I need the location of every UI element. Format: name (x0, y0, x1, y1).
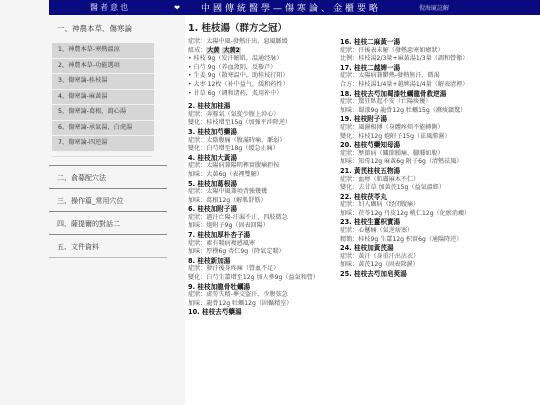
sidebar-sub-item[interactable]: 3、傷寒論-桂枝湯 (52, 74, 154, 90)
formula-detail: 症狀：汗後表未解（發熱惡寒如瘧狀） (340, 47, 480, 56)
formula-title: 9. 桂枝加龍骨牡蠣湯 (188, 283, 334, 292)
formula-detail: 變化：桂枝增至15g（加強平沖降逆） (188, 119, 334, 128)
formula-title: 19. 桂枝附子湯 (340, 115, 480, 124)
formula-detail: 症狀：妇人癥病（经闭腹痛） (340, 201, 480, 210)
formula-detail: 症狀：驚狂臥起不安（亡陽痰擾） (340, 98, 480, 107)
highlight-tag: 大黄 (206, 47, 220, 54)
formula-detail: 症狀：虛勞失精-夢交盜汗、少腹弦急 (188, 291, 334, 300)
formula-title: 23. 桂枝生薑枳實湯 (340, 218, 480, 227)
formula-title: 18. 桂枝去芍加蜀漆牡蠣龍骨救逆湯 (340, 90, 480, 99)
formula-title: 3. 桂枝加芍藥湯 (188, 128, 334, 137)
content-panel: 1. 桂枝湯（群方之冠） 症狀：太陽中風-發熱汗出、惡風脈緩 組成：大黄 大黄2… (185, 15, 540, 405)
formula-detail: 症狀：心懸痛（氣逆痞塞） (340, 227, 480, 236)
formula-detail: 症狀：發汗後身疼痛（營血不足） (188, 265, 334, 274)
sidebar-section-4[interactable]: 四、薩提爾的對話二 (49, 211, 167, 234)
sidebar-sub-item[interactable]: 7、傷寒論-四逆湯 (52, 136, 154, 152)
heart-icon: ❤ (171, 4, 183, 12)
formula-detail: 症狀：太陽中風兼項背強幾幾 (188, 188, 334, 197)
formula-detail: 精簡：桂枝9g 生薑12g 枳實6g（通陽降逆） (340, 236, 480, 245)
formula-detail: 症狀：血痹（肌膚麻木不仁） (340, 176, 480, 185)
formula-title: 2. 桂枝加桂湯 (188, 102, 334, 111)
sidebar-nav: 一、神農本草、傷寒論 1、神農本草-寒熱溫涼 2、神農本草-功能選項 3、傷寒論… (49, 15, 169, 258)
formula-title: 21. 黃芪桂枝五物湯 (340, 167, 480, 176)
formula-title: 16. 桂枝二麻黃一湯 (340, 38, 480, 47)
formula-title: 25. 桂枝去芍加皂莢湯 (340, 270, 480, 279)
content-column-right: 16. 桂枝二麻黃一湯症狀：汗後表未解（發熱惡寒如瘧狀）比例：桂枝湯2/3量+麻… (334, 38, 480, 317)
formula-title: 24. 桂枝加黃芪湯 (340, 244, 480, 253)
sidebar-section-5[interactable]: 五、文件資料 (49, 234, 167, 258)
sidebar-sub-item[interactable]: 1、神農本草-寒熱溫涼 (52, 43, 154, 59)
formula-detail: 加味：黃芪12g（固表除濕） (340, 261, 480, 270)
sidebar-sub-item[interactable]: 4、傷寒論-麻黃湯 (52, 90, 154, 106)
formula-detail: 合方：桂枝湯1/4量+越婢湯1/4量（解表清裡） (340, 81, 480, 90)
top-banner: 醫者意也 ❤ 中國傳統醫學—傷寒論、金櫃要略 倪海廈註解 (49, 0, 540, 15)
ingredient-item: • 桂枝 9g（发汗解肌，温通经脉） (188, 55, 334, 64)
highlight-tag: 大黄2 (222, 47, 240, 54)
formula-detail: 加味：葛根12g（解肌舒筋） (188, 197, 334, 206)
formula-detail: 加味：厚樸6g 杏仁9g（降氣定喘） (188, 248, 334, 257)
formula-detail: 加味：大黃6g（表裡雙解） (188, 171, 334, 180)
sidebar-sub-item[interactable]: 6、傷寒論-承氣湯、白虎湯 (52, 121, 154, 137)
formula-title: 5. 桂枝加葛根湯 (188, 180, 334, 189)
site-title: 中國傳統醫學—傷寒論、金櫃要略 (201, 1, 381, 14)
annotation-link[interactable]: 倪海廈註解 (419, 3, 449, 12)
composition-line: 組成：大黄 大黄2 (188, 47, 334, 56)
formula-title: 10. 桂枝去芍藥湯 (188, 308, 334, 317)
sidebar-sub-item[interactable]: 5、傷寒論-葛根、瀉心湯 (52, 105, 154, 121)
formula-detail: 比例：桂枝湯2/3量+麻黃湯1/3量（調和營衛） (340, 55, 480, 64)
formula-detail: 症狀：太陽病兼鬱熱-發熱無汗、微渴 (340, 72, 480, 81)
sidebar-section-1[interactable]: 一、神農本草、傷寒論 (49, 15, 169, 43)
formula-detail: 加味：知母12g 麻黃6g 附子6g（清熱祛風） (340, 158, 480, 167)
formula-detail: 症狀：太陽病兼陽明裡實腹痛拒按 (188, 162, 334, 171)
formula-detail: 症狀：素有喘病複感風寒 (188, 240, 334, 249)
formula-detail: 變化：白芍增至18g（緩急止痛） (188, 145, 334, 154)
ingredient-item: • 生姜 9g（散寒温中，助桂枝行阳） (188, 72, 334, 81)
formula-detail: 變化：桂枝12g 炮附子15g（祛風勝濕） (340, 133, 480, 142)
formula-detail: 變化：去甘草 加黃芪15g（益氣溫經） (340, 184, 480, 193)
formula-detail: 症狀：風濕相搏（身體疼煩不能轉側） (340, 124, 480, 133)
formula-detail: 症狀：太陰腹痛（腹滿時痛、脈弱） (188, 137, 334, 146)
symptom-line: 症狀：太陽中風-發熱汗出、惡風脈緩 (188, 38, 334, 47)
formula-title: 22. 桂枝茯苓丸 (340, 193, 480, 202)
formula-detail: 變化：白芍生薑增至12g 加人參9g（益氣和營） (188, 274, 334, 283)
formula-title: 7. 桂枝加厚朴杏子湯 (188, 231, 334, 240)
formula-title: 20. 桂枝芍藥知母湯 (340, 141, 480, 150)
brand-label[interactable]: 醫者意也 (49, 2, 171, 13)
page-title: 1. 桂枝湯（群方之冠） (185, 15, 540, 38)
sidebar-section-2[interactable]: 二、俞募配穴法 (49, 165, 167, 188)
sidebar-sub-item[interactable]: 2、神農本草-功能選項 (52, 59, 154, 75)
formula-title: 6. 桂枝加附子湯 (188, 205, 334, 214)
formula-detail: 加味：炮附子9g（固表回陽） (188, 222, 334, 231)
sidebar-sub-list: 1、神農本草-寒熱溫涼 2、神農本草-功能選項 3、傷寒論-桂枝湯 4、傷寒論-… (49, 43, 169, 157)
ingredient-item: • 甘草 6g（调和诸药，炙用补中） (188, 90, 334, 99)
ingredient-item: • 大枣 12枚（补中益气，缓和药性） (188, 81, 334, 90)
sidebar-section-3[interactable]: 三、操作篇_常用穴位 (49, 188, 167, 211)
content-column-left: 症狀：太陽中風-發熱汗出、惡風脈緩 組成：大黄 大黄2 • 桂枝 9g（发汗解肌… (185, 38, 334, 317)
